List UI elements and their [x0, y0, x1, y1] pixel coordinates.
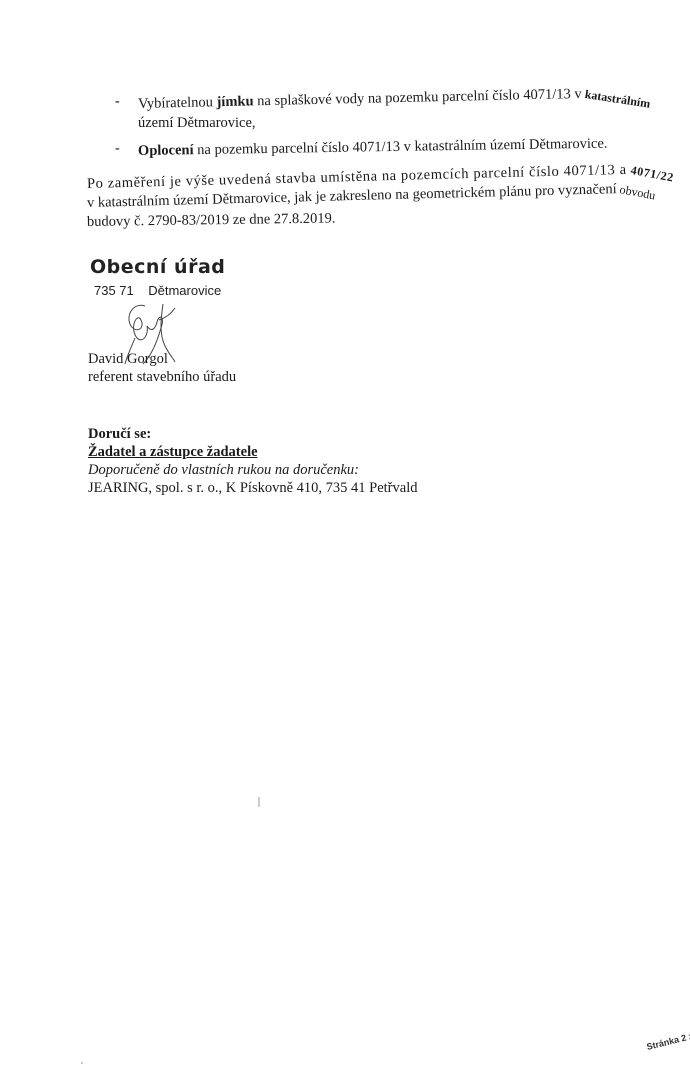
- town: Dětmarovice: [148, 283, 221, 298]
- office-stamp-title: Obecní úřad: [90, 256, 225, 278]
- bullet-bold-term: Oplocení: [138, 142, 194, 159]
- signatory-role: referent stavebního úřadu: [88, 369, 236, 386]
- bullet-marker: -: [115, 141, 120, 157]
- signatory-name: David Gorgol: [88, 351, 168, 368]
- bullet-item-septic-tank: Vybíratelnou jímku na splaškové vody na …: [138, 84, 652, 113]
- delivery-recipient-group: Žadatel a zástupce žadatele: [88, 444, 258, 461]
- bullet-text: na pozemku parcelní číslo 4071/13 v kata…: [193, 136, 607, 158]
- page-number: Stránka 2 z 2: [646, 1029, 690, 1052]
- scan-artifact: [81, 1062, 83, 1064]
- bullet-item-continuation: území Dětmarovice,: [138, 115, 256, 132]
- curled-text: obvodu: [619, 181, 657, 204]
- delivery-method: Doporučeně do vlastních rukou na doručen…: [88, 462, 359, 479]
- paragraph-line: budovy č. 2790-83/2019 ze dne 27.8.2019.: [87, 211, 336, 231]
- curled-text: katastrálním: [584, 86, 652, 113]
- bullet-item-fence: Oplocení na pozemku parcelní číslo 4071/…: [138, 136, 608, 160]
- bullet-text: na splaškové vody na pozemku parcelní čí…: [253, 86, 581, 109]
- delivery-recipient: JEARING, spol. s r. o., K Pískovně 410, …: [88, 480, 417, 497]
- scan-artifact: [258, 797, 260, 807]
- postal-code: 735 71: [94, 283, 134, 298]
- bullet-bold-term: jímku: [216, 93, 253, 110]
- office-stamp-address: 735 71 Dětmarovice: [94, 283, 221, 298]
- bullet-marker: -: [115, 94, 120, 110]
- bullet-text: Vybíratelnou: [138, 94, 217, 112]
- delivery-heading: Doručí se:: [88, 426, 151, 443]
